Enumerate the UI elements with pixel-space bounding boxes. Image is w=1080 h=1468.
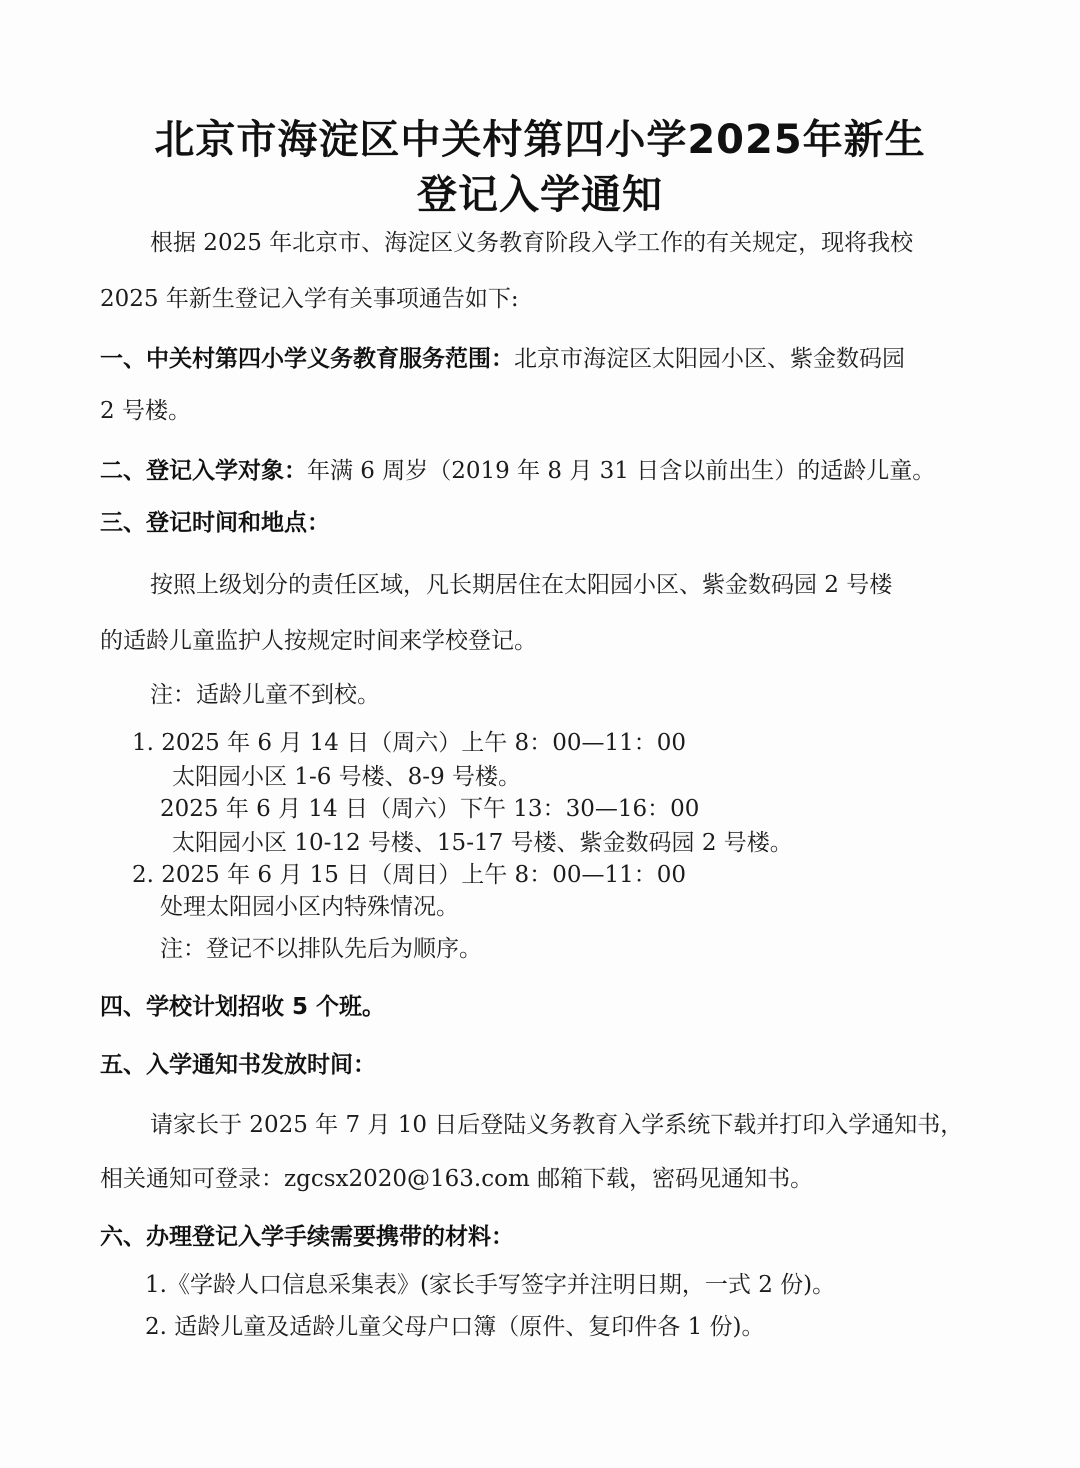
schedule-1-time: 1. 2025 年 6 月 14 日（周六）上午 8：00—11：00 (132, 728, 686, 758)
intro-line-2: 2025 年新生登记入学有关事项通告如下: (100, 284, 519, 314)
section-1-text: 北京市海淀区太阳园小区、紫金数码园 (514, 346, 905, 372)
materials-item-2: 2. 适龄儿童及适龄儿童父母户口簿（原件、复印件各 1 份)。 (145, 1312, 764, 1342)
section-3-heading: 三、登记时间和地点： (100, 508, 330, 538)
intro-line-1: 根据 2025 年北京市、海淀区义务教育阶段入学工作的有关规定，现将我校 (150, 228, 913, 258)
title-line-1: 北京市海淀区中关村第四小学2025年新生 (0, 108, 1080, 165)
section-2-text: 年满 6 周岁（2019 年 8 月 31 日含以前出生）的适龄儿童。 (307, 458, 935, 484)
section-1-heading: 一、中关村第四小学义务教育服务范围： (100, 346, 514, 372)
section-4-heading: 四、学校计划招收 5 个班。 (100, 992, 385, 1022)
schedule-2-time: 2025 年 6 月 14 日（周六）下午 13：30—16：00 (160, 794, 699, 824)
materials-item-1: 1.《学龄人口信息采集表》(家长手写签字并注明日期，一式 2 份)。 (145, 1270, 835, 1300)
notice-page: 北京市海淀区中关村第四小学2025年新生 登记入学通知 根据 2025 年北京市… (0, 0, 1080, 1468)
schedule-2-place: 太阳园小区 10-12 号楼、15-17 号楼、紫金数码园 2 号楼。 (172, 828, 793, 858)
section-1: 一、中关村第四小学义务教育服务范围：北京市海淀区太阳园小区、紫金数码园 (100, 344, 905, 374)
section-5-heading: 五、入学通知书发放时间： (100, 1050, 376, 1080)
schedule-3-time: 2. 2025 年 6 月 15 日（周日）上午 8：00—11：00 (132, 860, 686, 890)
schedule-3-place: 处理太阳园小区内特殊情况。 (160, 892, 459, 922)
section-2: 二、登记入学对象：年满 6 周岁（2019 年 8 月 31 日含以前出生）的适… (100, 456, 935, 486)
section-2-heading: 二、登记入学对象： (100, 458, 307, 484)
section-5-line-2: 相关通知可登录：zgcsx2020@163.com 邮箱下载，密码见通知书。 (100, 1164, 813, 1194)
section-5-line-1: 请家长于 2025 年 7 月 10 日后登陆义务教育入学系统下载并打印入学通知… (150, 1110, 963, 1140)
section-3-para-1: 按照上级划分的责任区域，凡长期居住在太阳园小区、紫金数码园 2 号楼 (150, 570, 892, 600)
section-1-cont: 2 号楼。 (100, 396, 191, 426)
schedule-1-place: 太阳园小区 1-6 号楼、8-9 号楼。 (172, 762, 521, 792)
section-3-note-2: 注：登记不以排队先后为顺序。 (160, 934, 482, 964)
title-line-2: 登记入学通知 (0, 163, 1080, 220)
section-3-para-2: 的适龄儿童监护人按规定时间来学校登记。 (100, 626, 537, 656)
section-6-heading: 六、办理登记入学手续需要携带的材料： (100, 1222, 514, 1252)
section-3-note-1: 注：适龄儿童不到校。 (150, 680, 380, 710)
